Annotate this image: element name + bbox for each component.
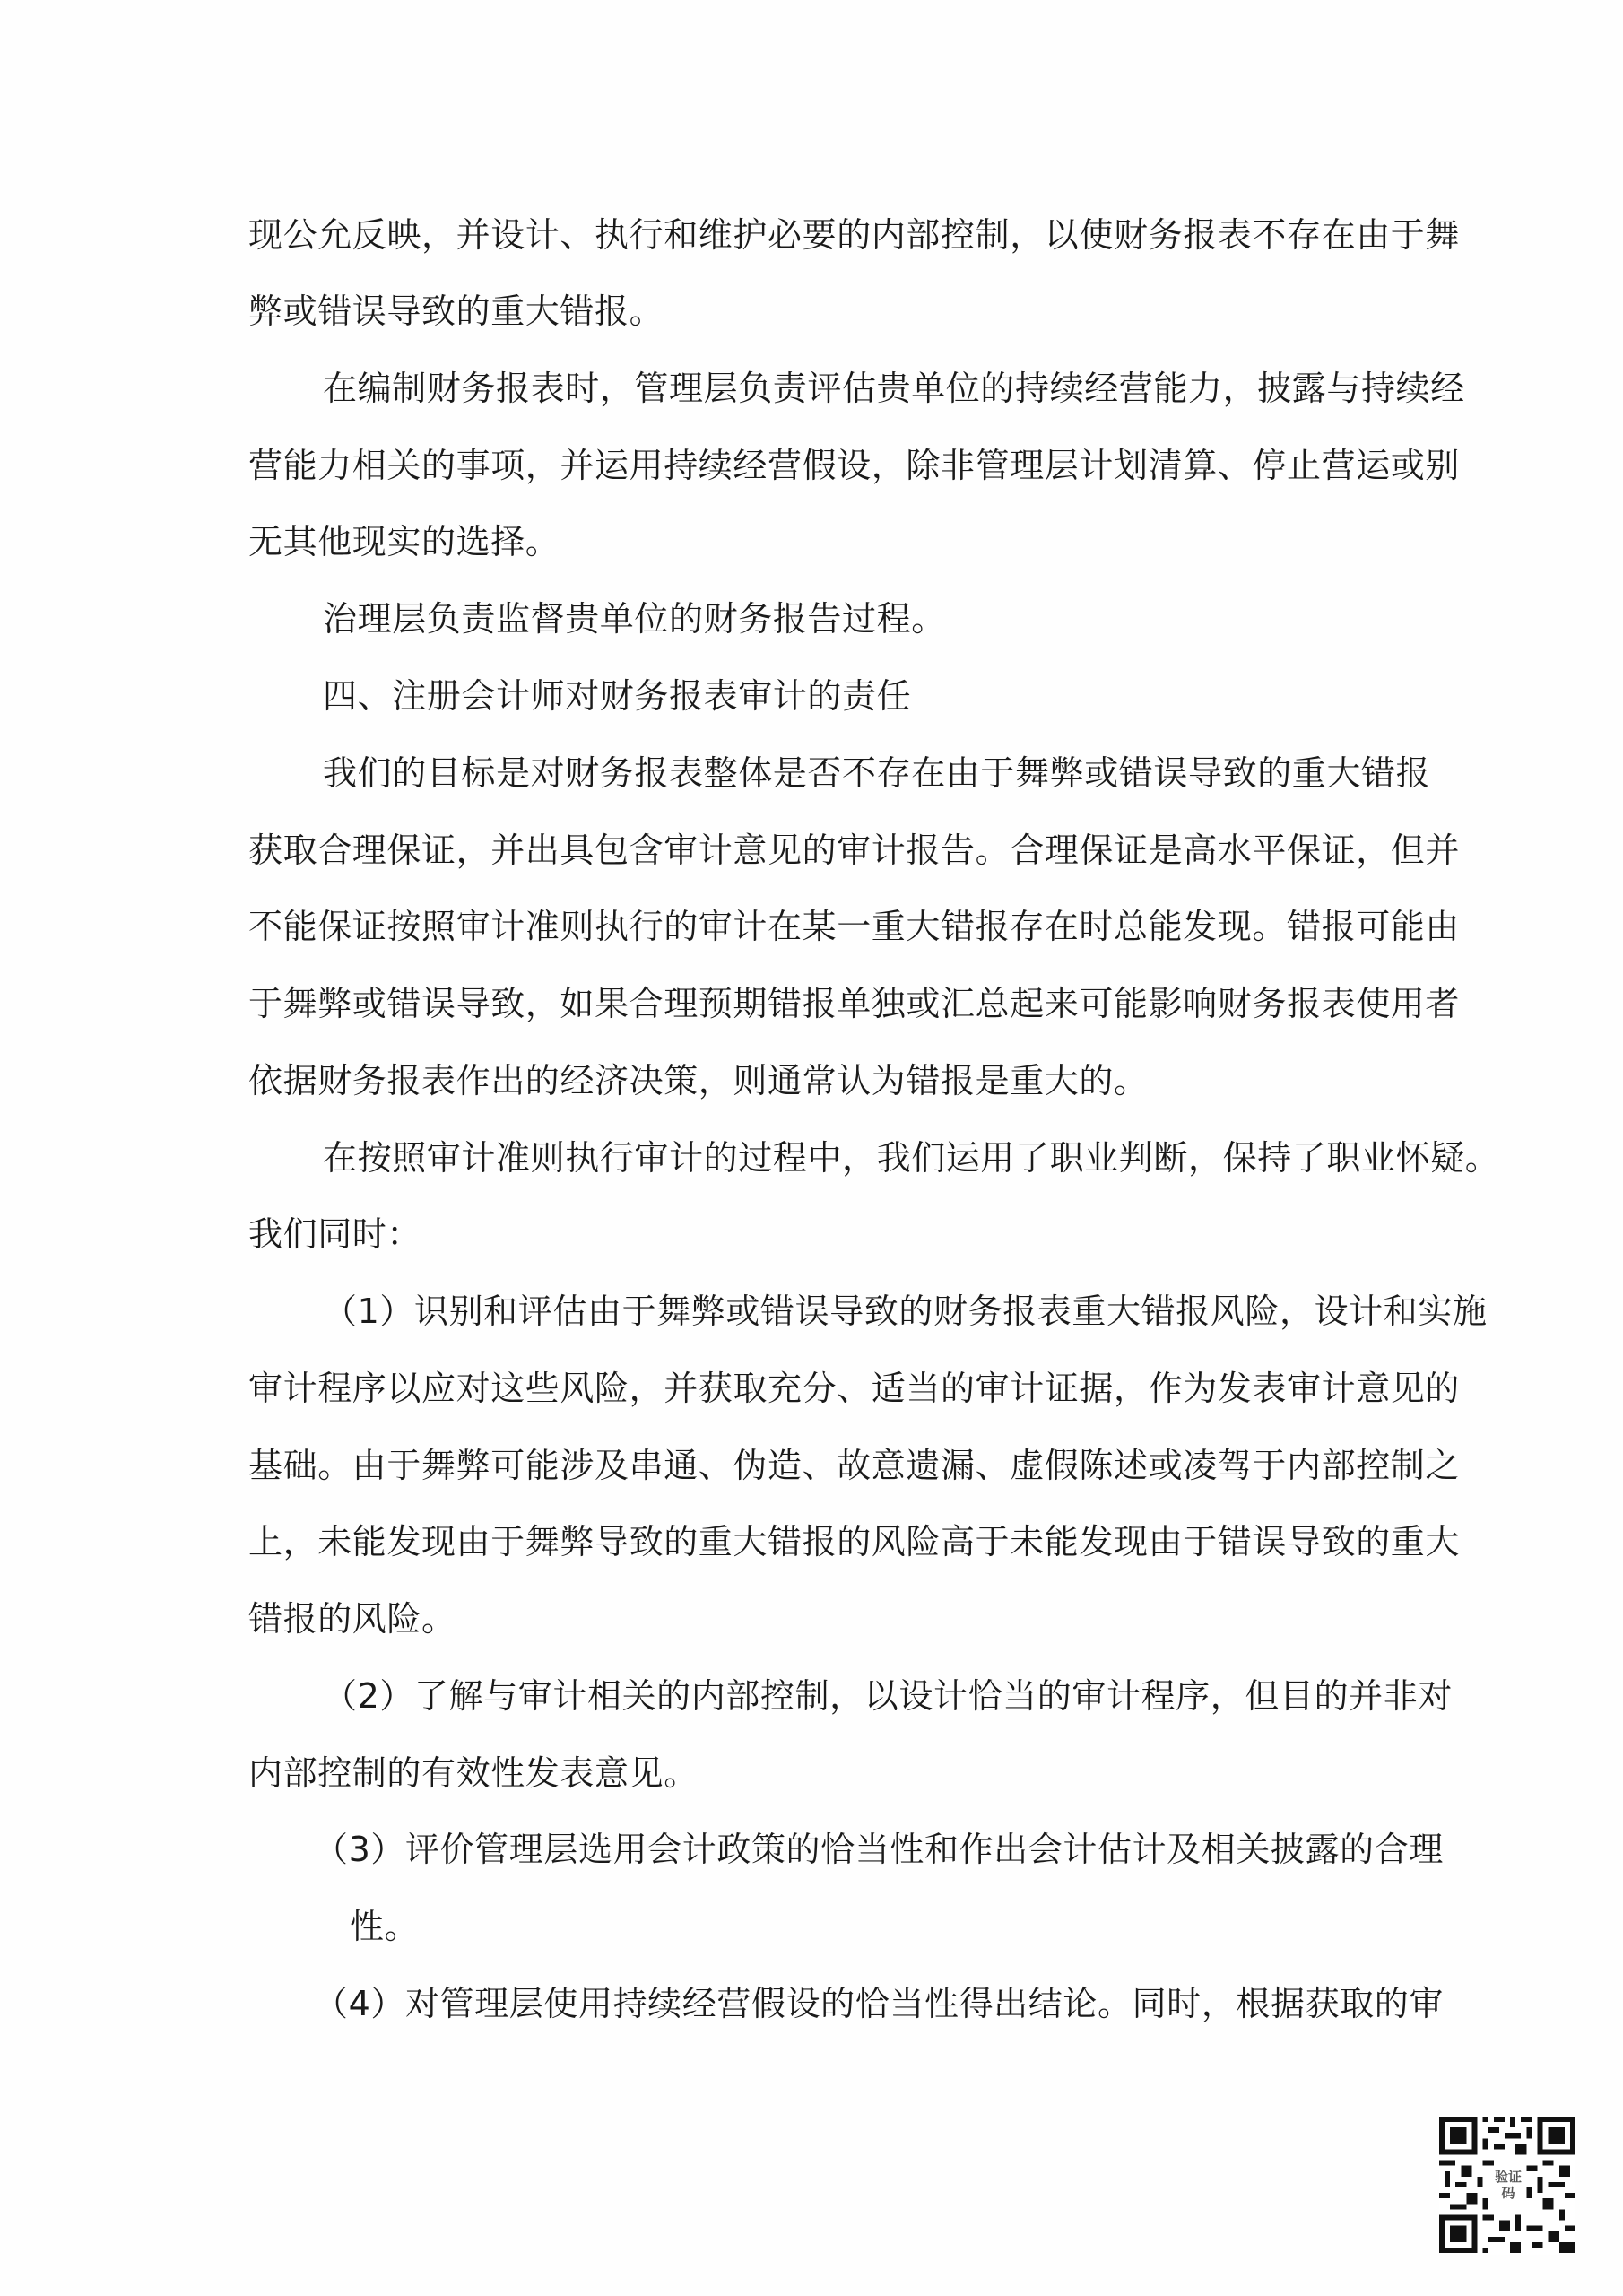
list-item-2-line-1: （2）了解与审计相关的内部控制，以设计恰当的审计程序，但目的并非对 [323,1669,1389,1723]
paragraph-2-line-2: 营能力相关的事项，并运用持续经营假设，除非管理层计划清算、停止营运或别 [248,439,1389,492]
list-item-1-line-3: 基础。由于舞弊可能涉及串通、伪造、故意遗漏、虚假陈述或凌驾于内部控制之 [248,1439,1389,1492]
qr-code-label: 验证码 [1491,2169,1525,2203]
section-heading-4: 四、注册会计师对财务报表审计的责任 [323,669,911,723]
paragraph-4-line-4: 于舞弊或错误导致，如果合理预期错报单独或汇总起来可能影响财务报表使用者 [248,977,1389,1031]
paragraph-4-line-3: 不能保证按照审计准则执行的审计在某一重大错报存在时总能发现。错报可能由 [248,900,1389,953]
list-item-1-line-2: 审计程序以应对这些风险，并获取充分、适当的审计证据，作为发表审计意见的 [248,1361,1389,1415]
paragraph-2-line-3: 无其他现实的选择。 [248,515,1389,569]
list-item-4-line-1: （4）对管理层使用持续经营假设的恰当性得出结论。同时，根据获取的审 [314,1977,1376,2031]
paragraph-1-line-1: 现公允反映，并设计、执行和维护必要的内部控制，以使财务报表不存在由于舞 [248,208,1389,262]
list-item-3-line-2: 性。 [350,1900,419,1953]
list-item-1-line-4: 上，未能发现由于舞弊导致的重大错报的风险高于未能发现由于错误导致的重大 [248,1515,1389,1569]
list-item-1-line-1: （1）识别和评估由于舞弊或错误导致的财务报表重大错报风险，设计和实施 [323,1284,1389,1338]
list-item-3-line-1: （3）评价管理层选用会计政策的恰当性和作出会计估计及相关披露的合理 [314,1822,1376,1876]
paragraph-5-line-1: 在按照审计准则执行审计的过程中，我们运用了职业判断，保持了职业怀疑。 [323,1131,1389,1185]
paragraph-4-line-2: 获取合理保证，并出具包含审计意见的审计报告。合理保证是高水平保证，但并 [248,823,1389,877]
paragraph-5-line-2: 我们同时： [248,1207,1389,1261]
paragraph-1-line-2: 弊或错误导致的重大错报。 [248,284,1389,338]
paragraph-3-line-1: 治理层负责监督贵单位的财务报告过程。 [323,592,1389,646]
paragraph-4-line-1: 我们的目标是对财务报表整体是否不存在由于舞弊或错误导致的重大错报 [323,746,1389,800]
list-item-2-line-2: 内部控制的有效性发表意见。 [248,1746,1389,1800]
list-item-1-line-5: 错报的风险。 [248,1592,1389,1646]
paragraph-4-line-5: 依据财务报表作出的经济决策，则通常认为错报是重大的。 [248,1054,1389,1108]
document-page: 现公允反映，并设计、执行和维护必要的内部控制，以使财务报表不存在由于舞 弊或错误… [0,0,1623,2296]
paragraph-2-line-1: 在编制财务报表时，管理层负责评估贵单位的持续经营能力，披露与持续经 [323,361,1389,415]
qr-code-icon: 验证码 [1439,2115,1575,2255]
